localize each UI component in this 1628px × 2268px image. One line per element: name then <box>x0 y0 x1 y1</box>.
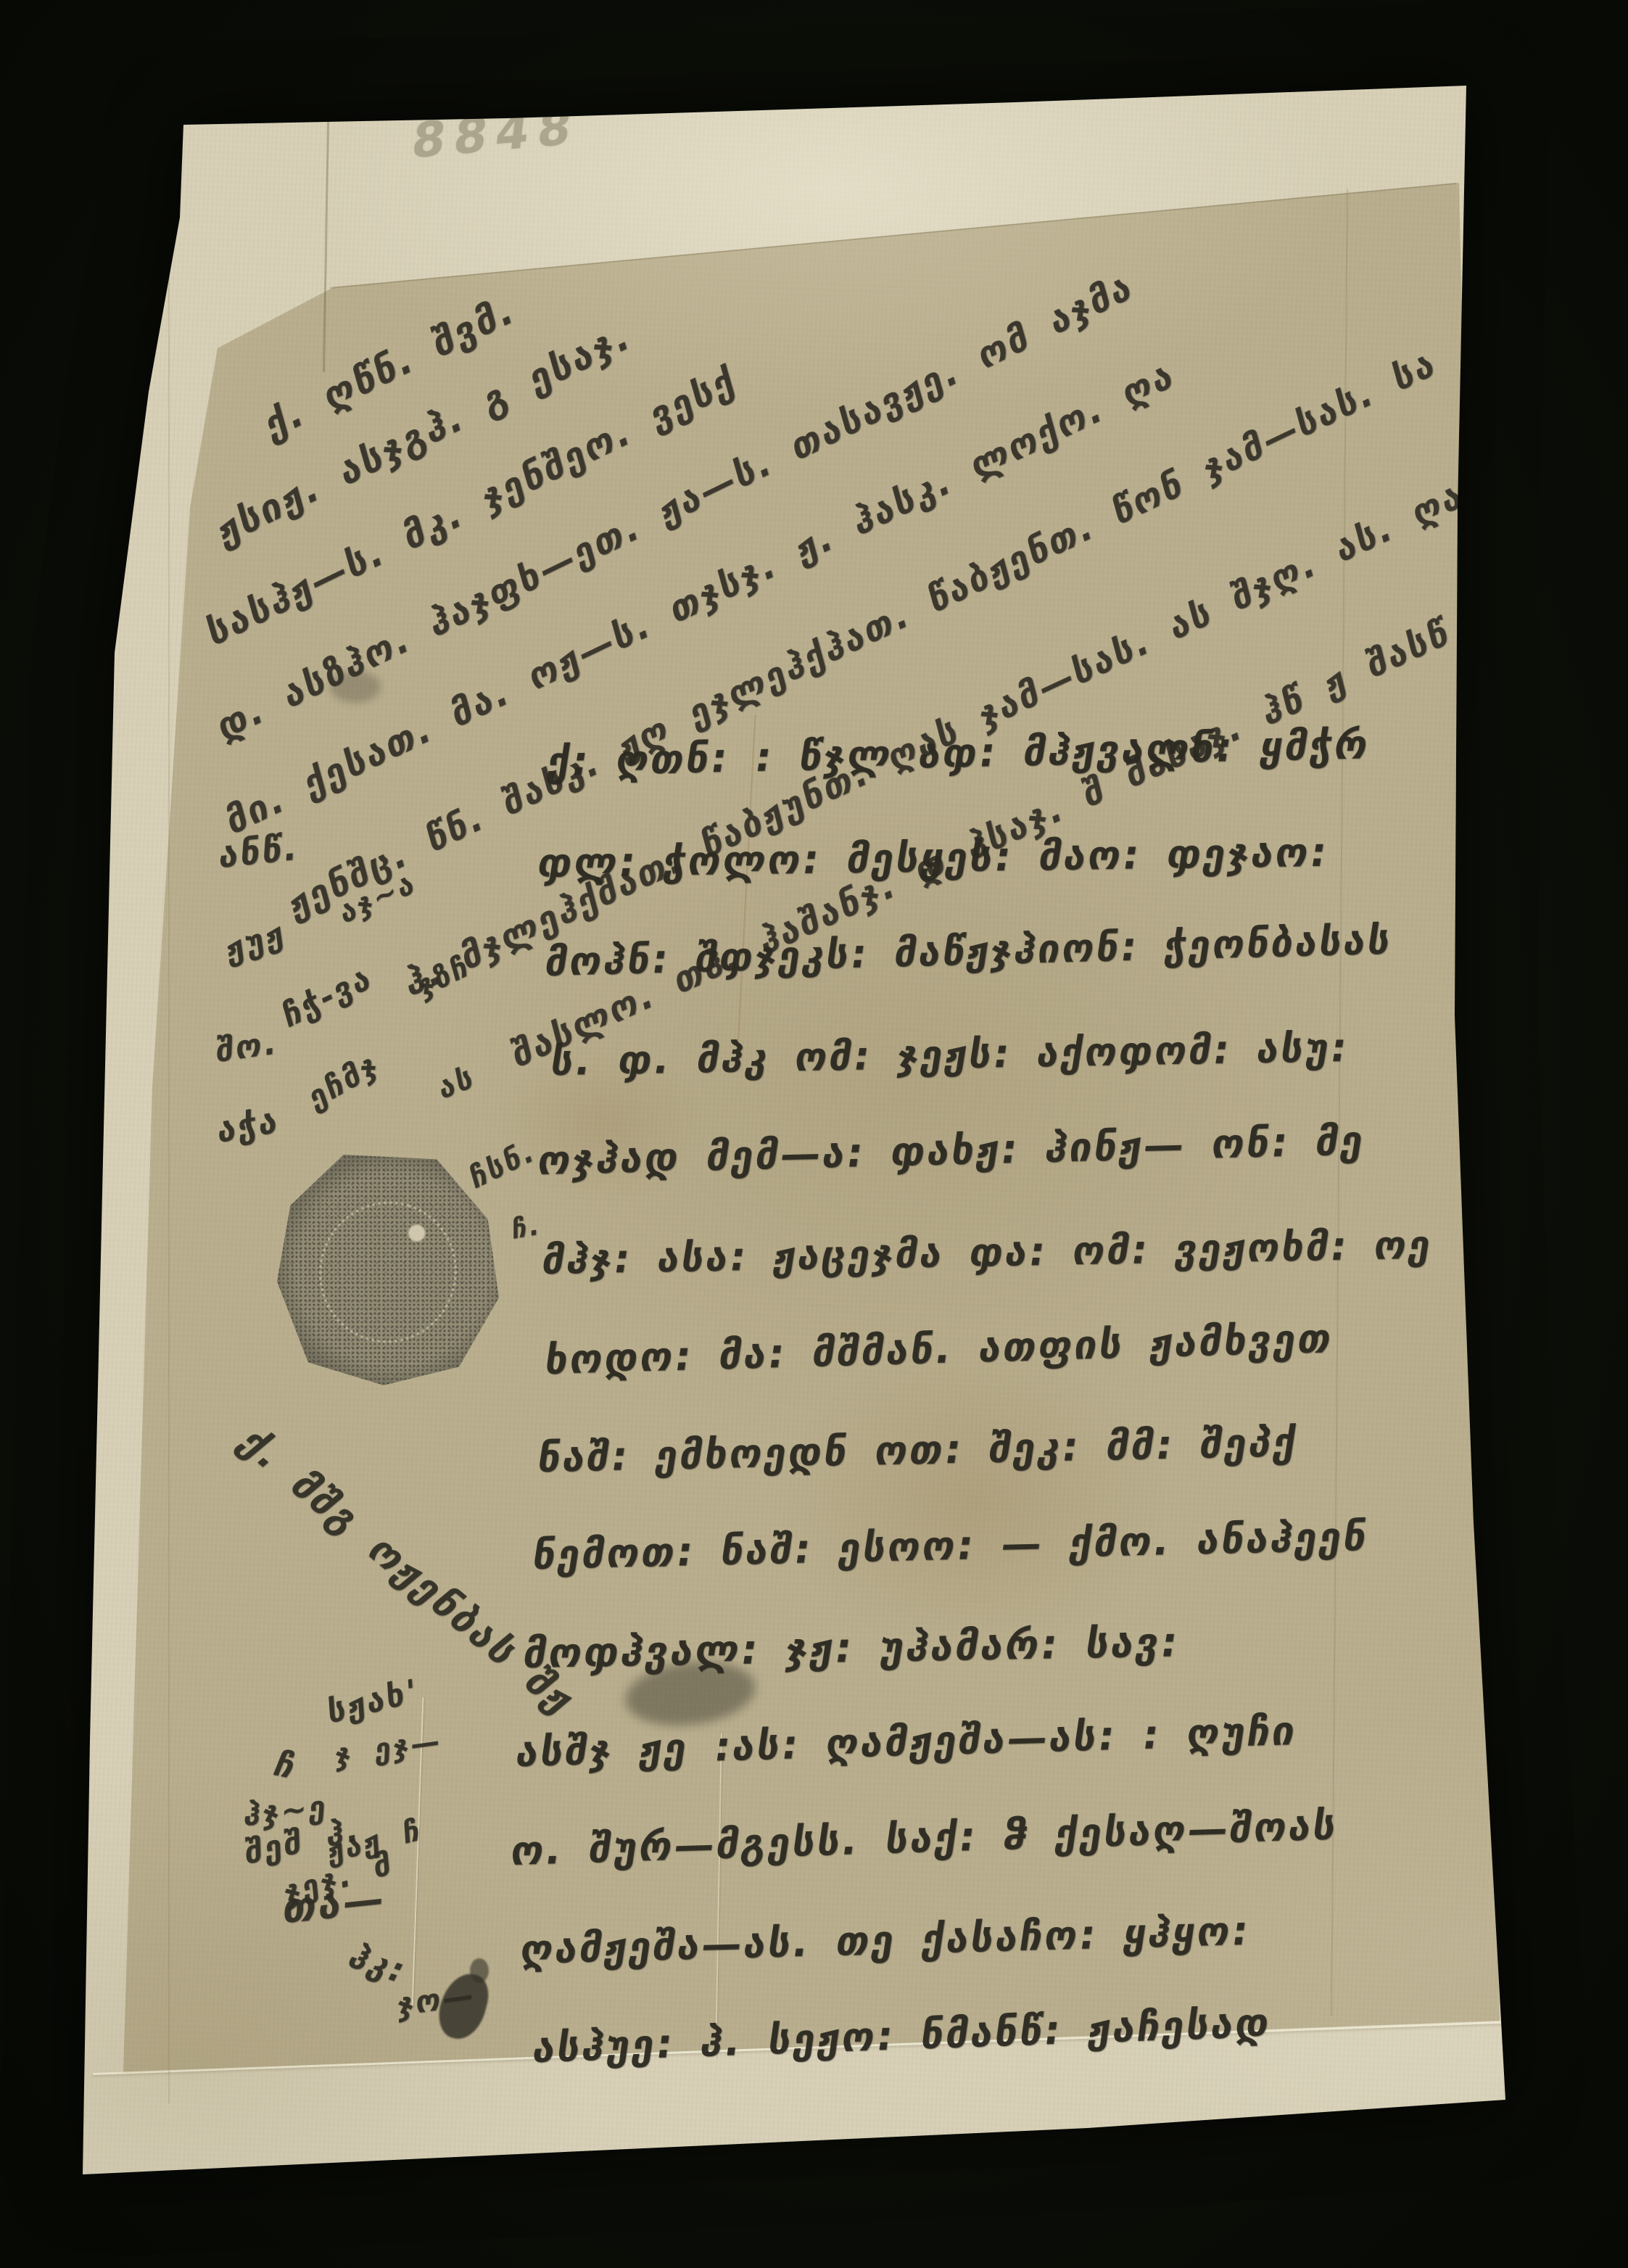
pencil-archival-number: 8848 <box>409 98 583 169</box>
paper-sheet: 8848 ქ. ღწნ. შვმ. ჟსიჟ. ასჯგჰ. გ ესაჯ. ს… <box>0 0 1628 2268</box>
margin-note: ჩ. <box>512 1211 541 1246</box>
margin-note: ანწ. <box>218 827 300 876</box>
scan-bed: 8848 ქ. ღწნ. შვმ. ჟსიჟ. ასჯგჰ. გ ესაჯ. ს… <box>0 0 1628 2268</box>
manuscript-page: 8848 ქ. ღწნ. შვმ. ჟსიჟ. ასჯგჰ. გ ესაჯ. ს… <box>0 0 1628 2268</box>
